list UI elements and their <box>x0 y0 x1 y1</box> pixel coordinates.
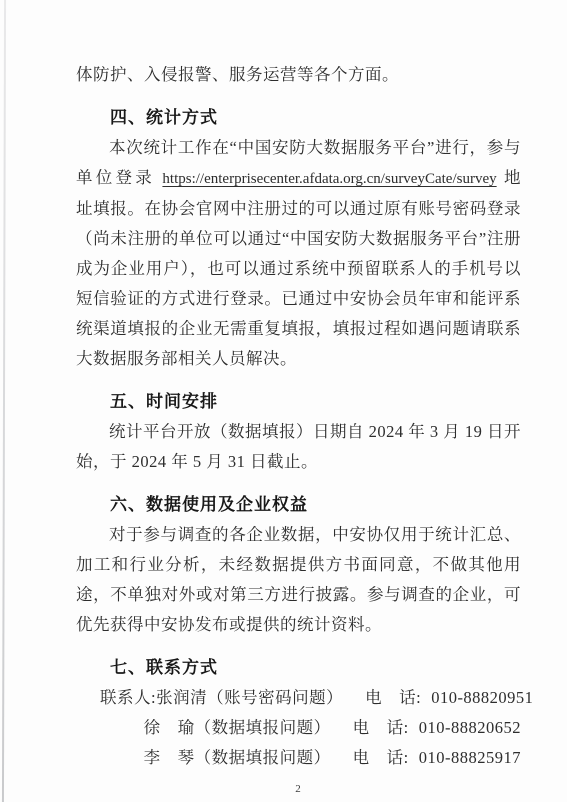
survey-url: https://enterprisecenter.afdata.org.cn/s… <box>162 171 496 187</box>
phone-label: 电 话: <box>353 743 409 773</box>
phone-number: 010-88820951 <box>431 683 533 713</box>
contact-name: 张润清 <box>156 683 207 713</box>
document-content: 体防护、入侵报警、服务运营等各个方面。 四、统计方式 本次统计工作在“中国安防大… <box>0 0 567 795</box>
contact-note: （账号密码问题） <box>207 683 343 713</box>
section-heading-statistics-method: 四、统计方式 <box>76 103 521 133</box>
paragraph-schedule: 统计平台开放（数据填报）日期自 2024 年 3 月 19 日开始，于 2024… <box>76 417 521 477</box>
contact-row: 联系人: 张润清 （账号密码问题） 电 话: 010-88820951 <box>100 683 521 713</box>
paragraph-statistics-method: 本次统计工作在“中国安防大数据服务平台”进行，参与单位登录 https://en… <box>76 133 521 374</box>
contact-note: （数据填报问题） <box>195 743 331 773</box>
paragraph-data-usage: 对于参与调查的各企业数据，中安协仅用于统计汇总、加工和行业分析，未经数据提供方书… <box>76 520 521 640</box>
contact-name: 徐 瑜 <box>144 713 195 743</box>
contact-row: 李 琴 （数据填报问题） 电 话: 010-88825917 <box>100 743 521 773</box>
section-heading-data-usage: 六、数据使用及企业权益 <box>76 490 521 520</box>
section-heading-schedule: 五、时间安排 <box>76 387 521 417</box>
contact-name: 李 琴 <box>144 743 195 773</box>
scanned-document-page: 体防护、入侵报警、服务运营等各个方面。 四、统计方式 本次统计工作在“中国安防大… <box>0 0 567 802</box>
page-number: 2 <box>76 783 521 795</box>
contact-list: 联系人: 张润清 （账号密码问题） 电 话: 010-88820951 徐 瑜 … <box>100 683 521 773</box>
phone-label: 电 话: <box>365 683 421 713</box>
phone-number: 010-88820652 <box>419 713 521 743</box>
phone-number: 010-88825917 <box>419 743 521 773</box>
section-heading-contact: 七、联系方式 <box>76 653 521 683</box>
contact-note: （数据填报问题） <box>195 713 331 743</box>
text-after-url: 地址填报。在协会官网中注册过的可以通过原有账号密码登录（尚未注册的单位可以通过“… <box>76 168 521 368</box>
contact-row: 徐 瑜 （数据填报问题） 电 话: 010-88820652 <box>100 713 521 743</box>
phone-label: 电 话: <box>353 713 409 743</box>
paragraph-continuation: 体防护、入侵报警、服务运营等各个方面。 <box>76 60 521 90</box>
contact-label: 联系人: <box>100 683 156 713</box>
